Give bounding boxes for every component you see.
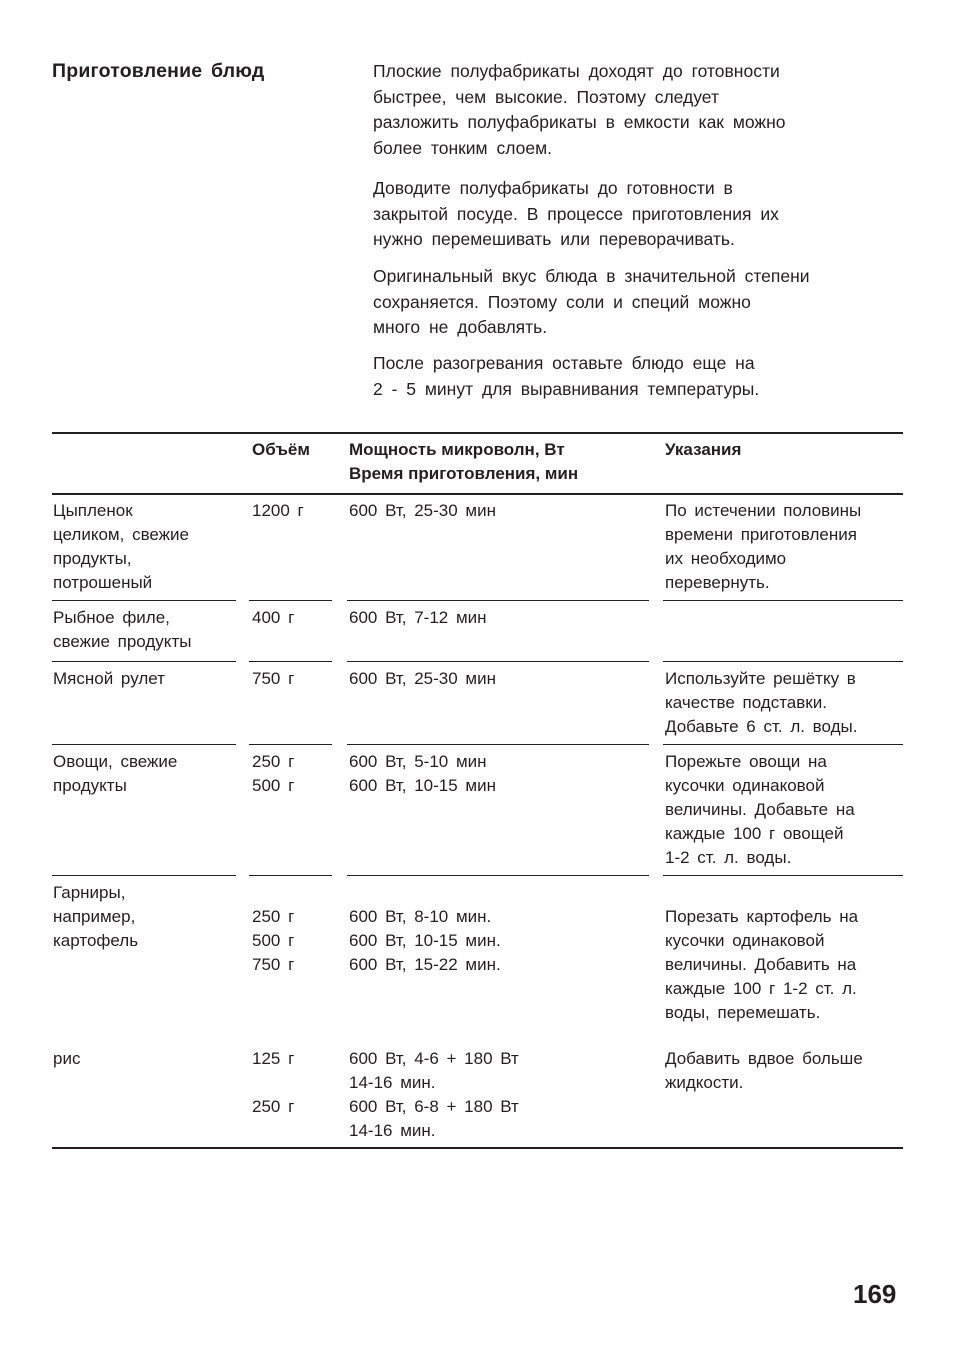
section-title: Приготовление блюд [52, 60, 264, 83]
cell-notes: Добавить вдвое больше жидкости. [665, 1047, 863, 1095]
cell-amount: 400 г [252, 606, 294, 630]
cell-dish: Рыбное филе, свежие продукты [53, 606, 191, 654]
header-notes: Указания [665, 438, 741, 462]
cell-amount: 125 г 250 г [252, 1047, 294, 1119]
intro-paragraph: После разогревания оставьте блюдо еще на… [373, 351, 913, 402]
header-power-time: Мощность микроволн, Вт Время приготовлен… [349, 438, 578, 486]
page-number: 169 [853, 1279, 896, 1310]
cell-dish: Мясной рулет [53, 667, 165, 691]
cell-amount: 1200 г [252, 499, 304, 523]
table-bottom-rule [52, 1147, 903, 1149]
intro-paragraph: Плоские полуфабрикаты доходят до готовно… [373, 59, 913, 161]
header-amount: Объём [252, 438, 310, 462]
cell-amount: 750 г [252, 667, 294, 691]
cell-power-time: 600 Вт, 5-10 мин 600 Вт, 10-15 мин [349, 750, 496, 798]
cell-dish: рис [53, 1047, 80, 1071]
cell-power-time: 600 Вт, 25-30 мин [349, 499, 496, 523]
cell-power-time: 600 Вт, 4-6 + 180 Вт 14-16 мин. 600 Вт, … [349, 1047, 519, 1143]
cell-power-time: 600 Вт, 7-12 мин [349, 606, 487, 630]
cell-notes: Используйте решётку в качестве подставки… [665, 667, 857, 739]
cell-dish: Гарниры, например, картофель [53, 881, 138, 953]
cell-notes: Порежьте овощи на кусочки одинаковой вел… [665, 750, 855, 870]
intro-paragraph: Оригинальный вкус блюда в значительной с… [373, 264, 913, 341]
table-top-rule [52, 432, 903, 434]
cell-dish: Цыпленок целиком, свежие продукты, потро… [53, 499, 189, 595]
cell-notes: По истечении половины времени приготовле… [665, 499, 861, 595]
table-header-rule [52, 493, 903, 495]
cell-dish: Овощи, свежие продукты [53, 750, 177, 798]
cell-notes: Порезать картофель на кусочки одинаковой… [665, 905, 858, 1025]
cell-amount: 250 г 500 г 750 г [252, 905, 294, 977]
intro-paragraph: Доводите полуфабрикаты до готовности в з… [373, 176, 913, 253]
cell-power-time: 600 Вт, 8-10 мин. 600 Вт, 10-15 мин. 600… [349, 905, 501, 977]
cell-power-time: 600 Вт, 25-30 мин [349, 667, 496, 691]
cell-amount: 250 г 500 г [252, 750, 294, 798]
